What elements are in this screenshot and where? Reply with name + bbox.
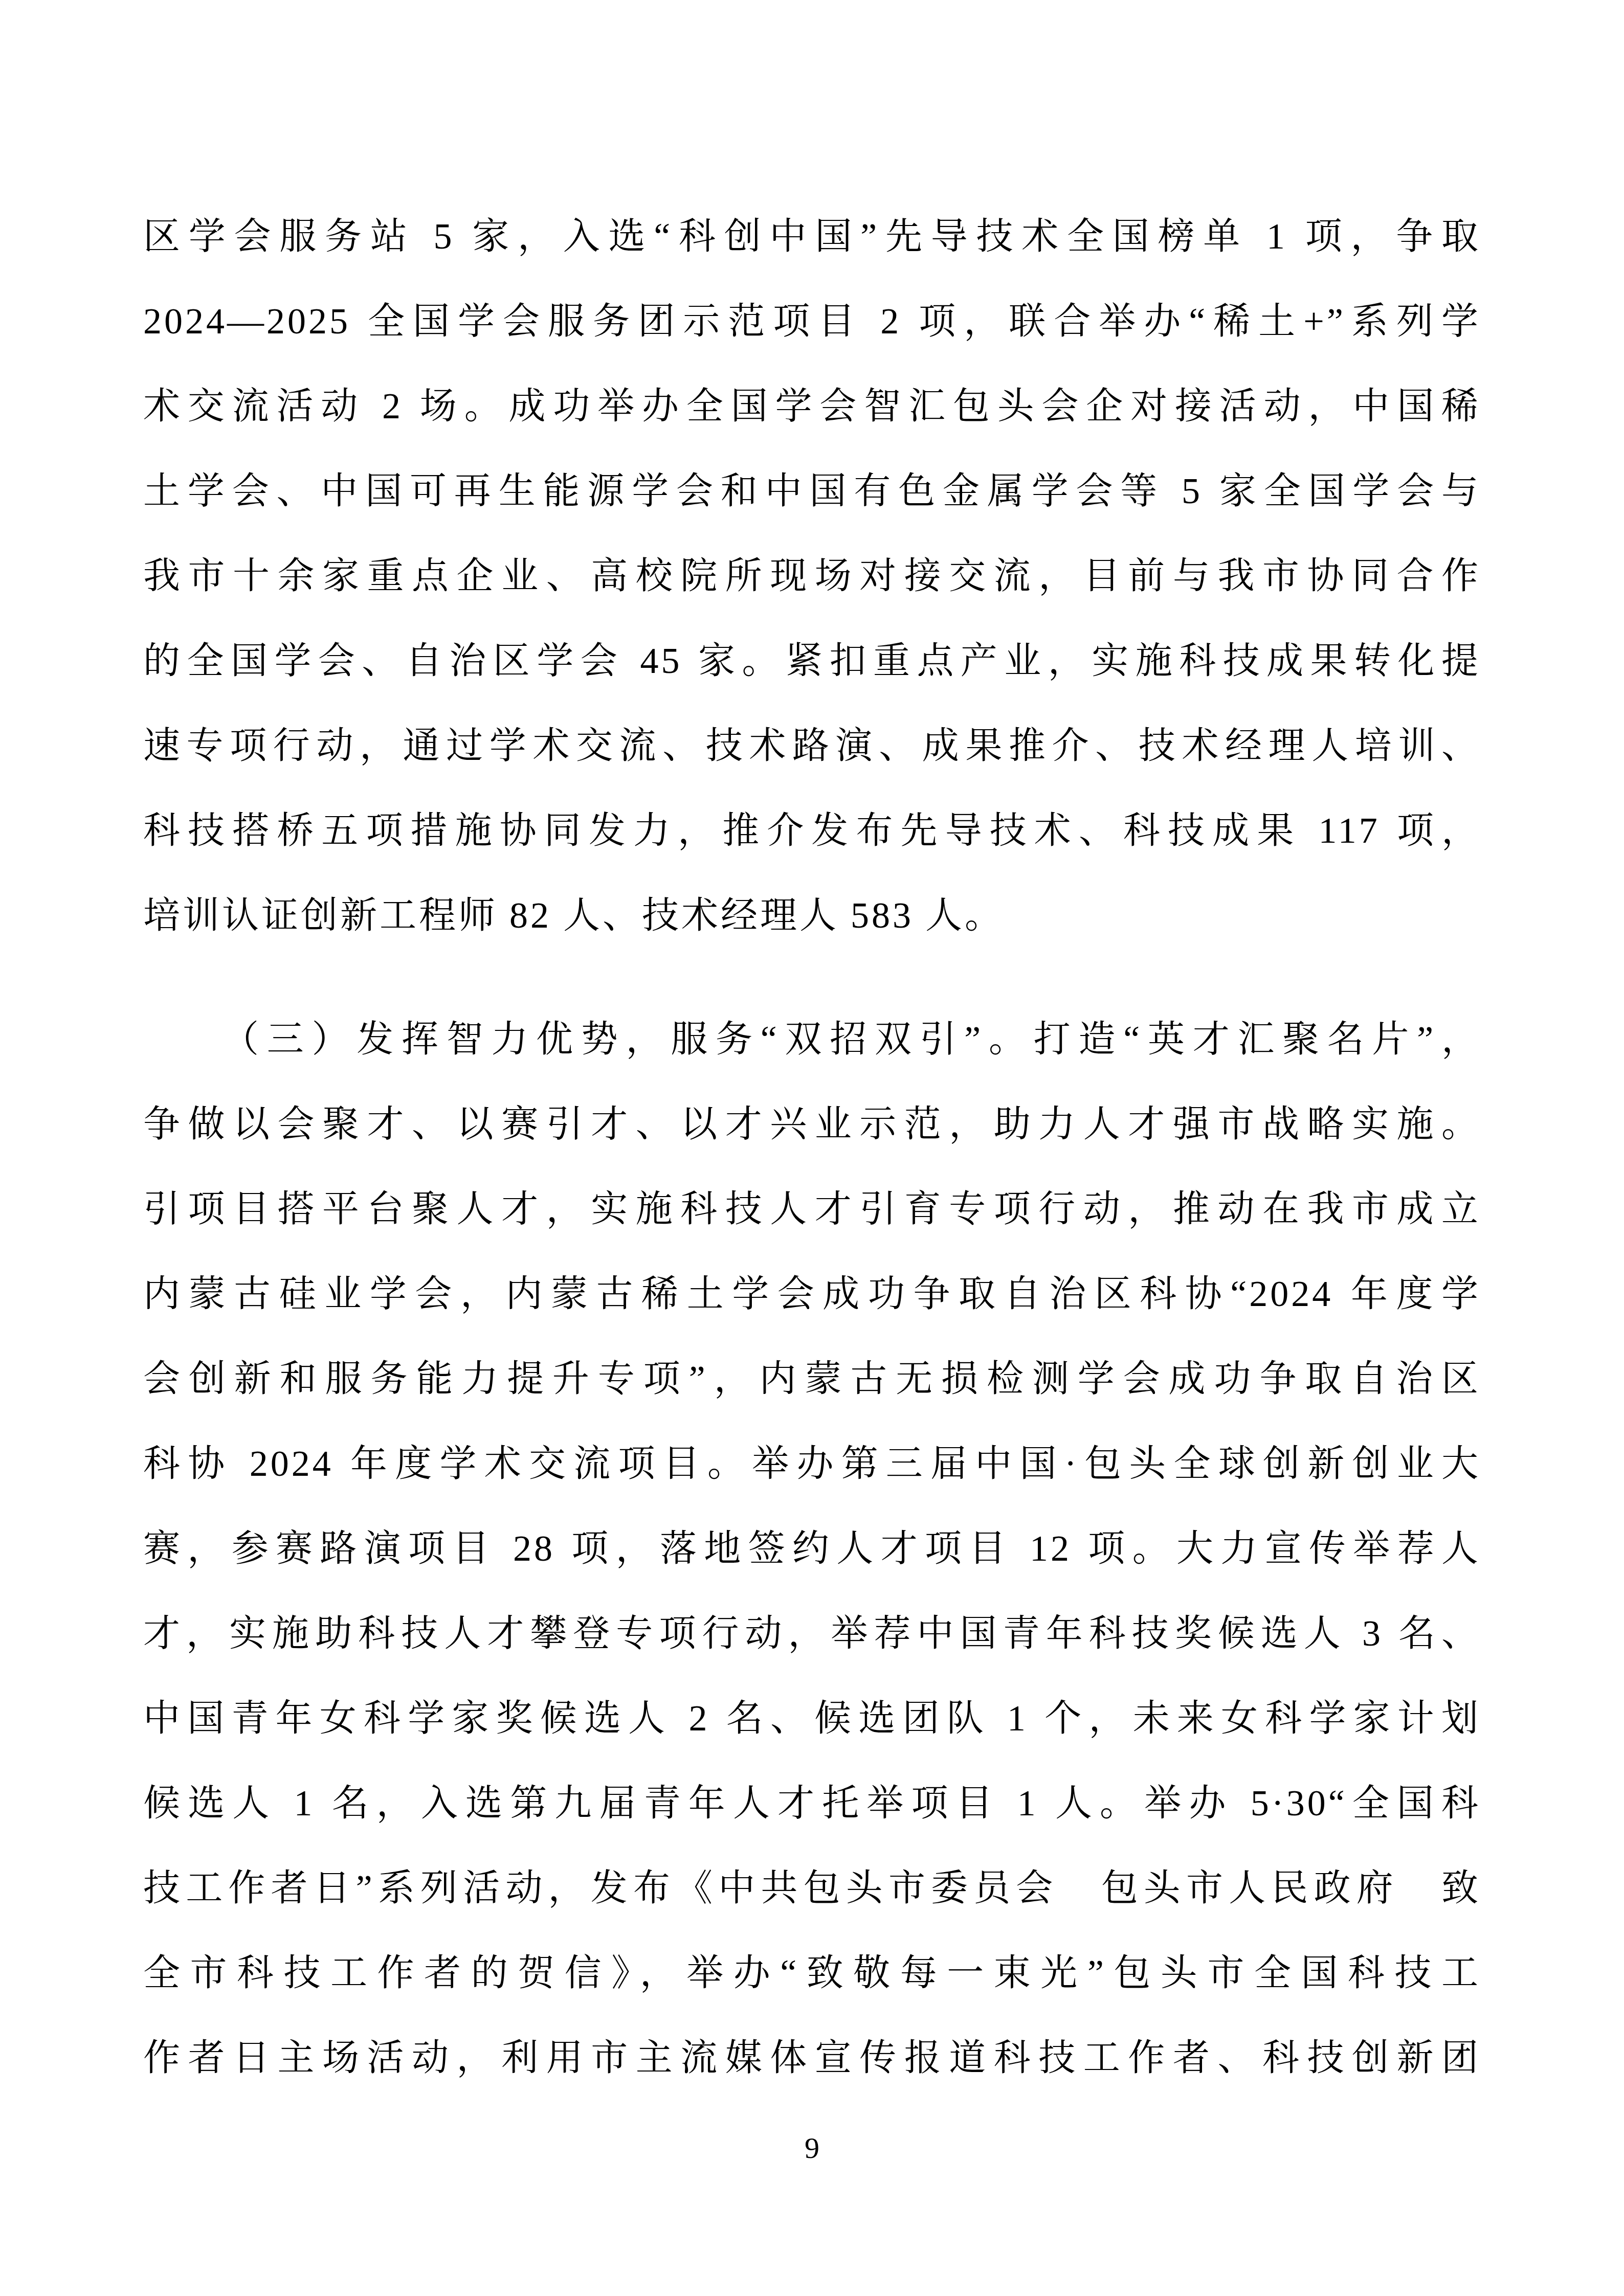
text-line: 土学会、中国可再生能源学会和中国有色金属学会等 5 家全国学会与 — [143, 448, 1481, 533]
text-line: 作者日主场活动，利用市主流媒体宣传报道科技工作者、科技创新团 — [143, 2015, 1481, 2100]
text-line: 内蒙古硅业学会，内蒙古稀土学会成功争取自治区科协“2024 年度学 — [143, 1251, 1481, 1336]
text-line: 引项目搭平台聚人才，实施科技人才引育专项行动，推动在我市成立 — [143, 1166, 1481, 1251]
text-line: （三）发挥智力优势，服务“双招双引”。打造“英才汇聚名片”， — [143, 997, 1481, 1082]
text-line: 区学会服务站 5 家，入选“科创中国”先导技术全国榜单 1 项，争取 — [143, 194, 1481, 279]
paragraph-section-3: （三）发挥智力优势，服务“双招双引”。打造“英才汇聚名片”， 争做以会聚才、以赛… — [143, 997, 1481, 2100]
text-line: 2024—2025 全国学会服务团示范项目 2 项，联合举办“稀土+”系列学 — [143, 279, 1481, 364]
page-number: 9 — [0, 2131, 1624, 2165]
text-line: 术交流活动 2 场。成功举办全国学会智汇包头会企对接活动，中国稀 — [143, 364, 1481, 448]
text-line: 才，实施助科技人才攀登专项行动，举荐中国青年科技奖候选人 3 名、 — [143, 1591, 1481, 1676]
text-line: 中国青年女科学家奖候选人 2 名、候选团队 1 个，未来女科学家计划 — [143, 1676, 1481, 1761]
document-body: 区学会服务站 5 家，入选“科创中国”先导技术全国榜单 1 项，争取 2024—… — [143, 194, 1481, 2100]
section-3-heading: （三）发挥智力优势，服务“双招双引”。 — [222, 1019, 1034, 1060]
text-line: 我市十余家重点企业、高校院所现场对接交流，目前与我市协同合作 — [143, 533, 1481, 618]
text-line: 科协 2024 年度学术交流项目。举办第三届中国·包头全球创新创业大 — [143, 1421, 1481, 1506]
text-line: 速专项行动，通过学术交流、技术路演、成果推介、技术经理人培训、 — [143, 703, 1481, 788]
text-line: 赛，参赛路演项目 28 项，落地签约人才项目 12 项。大力宣传举荐人 — [143, 1506, 1481, 1591]
text-line: 候选人 1 名，入选第九届青年人才托举项目 1 人。举办 5·30“全国科 — [143, 1761, 1481, 1845]
text-line: 会创新和服务能力提升专项”，内蒙古无损检测学会成功争取自治区 — [143, 1336, 1481, 1421]
text-line: 争做以会聚才、以赛引才、以才兴业示范，助力人才强市战略实施。 — [143, 1082, 1481, 1166]
paragraph-continuation: 区学会服务站 5 家，入选“科创中国”先导技术全国榜单 1 项，争取 2024—… — [143, 194, 1481, 958]
document-page: 区学会服务站 5 家，入选“科创中国”先导技术全国榜单 1 项，争取 2024—… — [0, 0, 1624, 2296]
section-3-lead-text: 打造“英才汇聚名片”， — [1034, 1019, 1481, 1060]
text-line: 科技搭桥五项措施协同发力，推介发布先导技术、科技成果 117 项， — [143, 788, 1481, 873]
text-line: 技工作者日”系列活动，发布《中共包头市委员会 包头市人民政府 致 — [143, 1845, 1481, 1930]
text-line: 的全国学会、自治区学会 45 家。紧扣重点产业，实施科技成果转化提 — [143, 618, 1481, 703]
text-line: 全市科技工作者的贺信》，举办“致敬每一束光”包头市全国科技工 — [143, 1930, 1481, 2015]
text-line: 培训认证创新工程师 82 人、技术经理人 583 人。 — [143, 873, 1481, 958]
